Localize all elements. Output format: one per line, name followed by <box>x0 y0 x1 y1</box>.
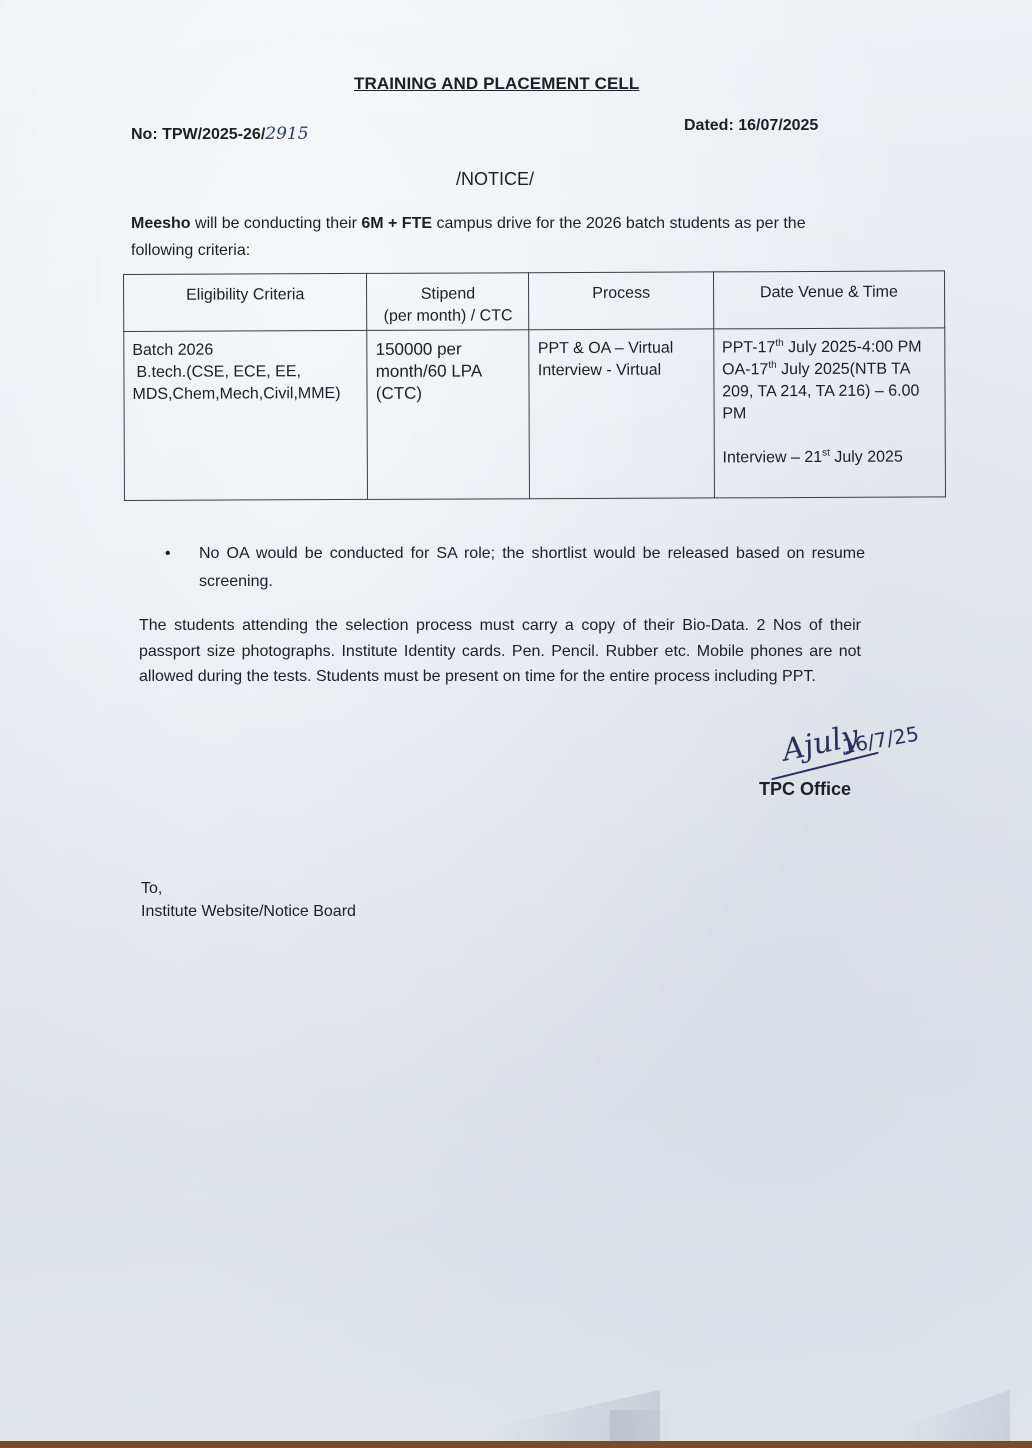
ppt-schedule: PPT-17th July 2025-4:00 PM <box>722 336 936 359</box>
notice-paper: TRAINING AND PLACEMENT CELL No: TPW/2025… <box>0 0 1032 1441</box>
criteria-table: Eligibility Criteria Stipend (per month)… <box>123 270 946 501</box>
instructions-paragraph: The students attending the selection pro… <box>139 613 861 690</box>
eligibility-branches-2: MDS,Chem,Mech,Civil,MME) <box>132 383 358 406</box>
header-date-venue-time: Date Venue & Time <box>713 271 945 329</box>
cell-eligibility: Batch 2026 B.tech.(CSE, ECE, EE, MDS,Che… <box>124 330 368 500</box>
reference-handwritten-number: 2915 <box>265 124 308 144</box>
oa-prefix: OA-17 <box>722 361 768 378</box>
header-stipend: Stipend (per month) / CTC <box>367 273 529 331</box>
spacer <box>722 424 936 447</box>
company-name: Meesho <box>131 215 191 232</box>
interview-prefix: Interview – 21 <box>722 449 822 466</box>
signatory-office: TPC Office <box>759 779 851 800</box>
eligibility-branches-1: B.tech.(CSE, ECE, EE, <box>132 361 358 384</box>
paper-fold-shadow <box>860 1390 1010 1441</box>
recipient-to: To, <box>141 877 356 900</box>
reference-number: No: TPW/2025-26/2915 <box>131 124 309 144</box>
stipend-ctc: month/60 LPA <box>376 360 521 383</box>
oa-schedule: OA-17th July 2025(NTB TA 209, TA 214, TA… <box>722 358 937 425</box>
interview-sup: st <box>822 448 830 459</box>
header-stipend-line1: Stipend <box>375 283 520 306</box>
ppt-prefix: PPT-17 <box>722 339 775 356</box>
document-title: TRAINING AND PLACEMENT CELL <box>354 74 639 94</box>
bullet-text: No OA would be conducted for SA role; th… <box>199 540 865 596</box>
table-header-row: Eligibility Criteria Stipend (per month)… <box>124 271 945 332</box>
dated-label: Dated: 16/07/2025 <box>684 117 818 135</box>
table-row: Batch 2026 B.tech.(CSE, ECE, EE, MDS,Che… <box>124 328 946 501</box>
reference-prefix: No: TPW/2025-26/ <box>131 126 265 143</box>
header-stipend-line2: (per month) / CTC <box>375 305 520 328</box>
stipend-amount: 150000 per <box>376 338 521 361</box>
ppt-suffix: July 2025-4:00 PM <box>784 339 922 357</box>
process-interview: Interview - Virtual <box>538 359 705 382</box>
interview-schedule: Interview – 21st July 2025 <box>722 446 936 469</box>
paper-fold-shadow <box>610 1410 670 1441</box>
cell-stipend: 150000 per month/60 LPA (CTC) <box>367 330 530 500</box>
header-process: Process <box>529 272 713 330</box>
process-ppt-oa: PPT & OA – Virtual <box>538 337 705 360</box>
stipend-ctc-label: (CTC) <box>376 382 521 405</box>
notice-heading: /NOTICE/ <box>456 169 534 190</box>
cell-process: PPT & OA – Virtual Interview - Virtual <box>529 329 714 499</box>
cell-date-venue-time: PPT-17th July 2025-4:00 PM OA-17th July … <box>713 328 945 498</box>
recipient-target: Institute Website/Notice Board <box>141 900 356 923</box>
intro-text-1: will be conducting their <box>191 215 362 232</box>
recipient-block: To, Institute Website/Notice Board <box>141 877 356 923</box>
intro-paragraph: Meesho will be conducting their 6M + FTE… <box>131 210 851 264</box>
interview-suffix: July 2025 <box>830 449 903 466</box>
bullet-item: • No OA would be conducted for SA role; … <box>165 540 865 596</box>
header-eligibility: Eligibility Criteria <box>124 273 368 331</box>
bullet-icon: • <box>165 540 171 568</box>
drive-type: 6M + FTE <box>361 215 432 232</box>
eligibility-batch: Batch 2026 <box>132 339 358 362</box>
